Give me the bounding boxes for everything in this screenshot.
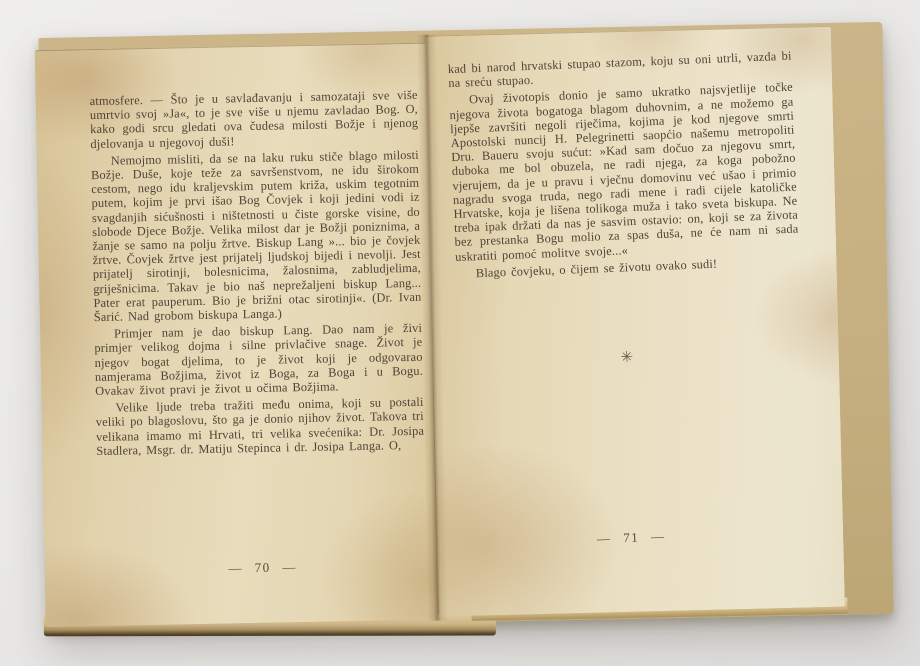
page-number-right: — 71 — (459, 523, 803, 552)
right-page: kad bi narod hrvatski stupao stazom, koj… (425, 26, 845, 617)
left-page: atmosfere. — Što je u savlađavanju i sam… (35, 43, 438, 627)
paragraph: Velike ljude treba tražiti među onima, k… (95, 395, 424, 458)
sunburst-ornament-icon: ✳ (455, 341, 799, 372)
paragraph: Ovaj životopis donio je samo ukratko naj… (449, 80, 799, 264)
paragraph: atmosfere. — Što je u savlađavanju i sam… (89, 88, 418, 151)
paragraph: Primjer nam je dao biskup Lang. Dao nam … (94, 321, 423, 398)
page-number-left: — 70 — (99, 557, 427, 579)
photo-surface: atmosfere. — Što je u savlađavanju i sam… (0, 0, 920, 666)
left-page-text: atmosfere. — Što je u savlađavanju i sam… (89, 88, 424, 461)
open-book: atmosfere. — Što je u savlađavanju i sam… (30, 14, 893, 636)
paragraph: Nemojmo misliti, da se na laku ruku stič… (91, 148, 422, 325)
right-page-text: kad bi narod hrvatski stupao stazom, koj… (448, 49, 800, 284)
